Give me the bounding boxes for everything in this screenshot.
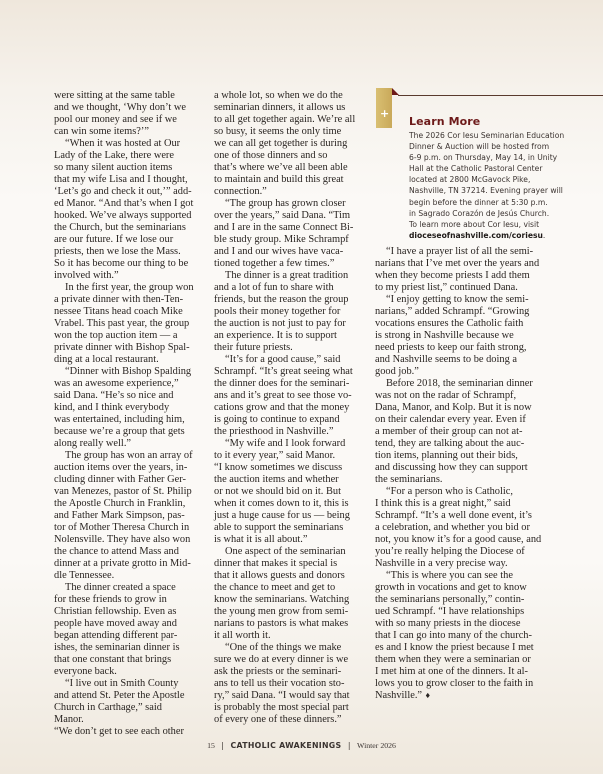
diamond-end-mark-icon: ♦ xyxy=(425,692,431,700)
paragraph: Before 2018, the seminarian dinner was n… xyxy=(375,378,550,486)
page-footer: 15 | CATHOLIC AWAKENINGS | Winter 2026 xyxy=(0,741,603,750)
paragraph: “Dinner with Bishop Spalding was an awes… xyxy=(54,366,194,450)
paragraph: “This is where you can see the growth in… xyxy=(375,570,550,702)
plus-icon: + xyxy=(380,110,388,118)
issue-label: Winter 2026 xyxy=(357,741,396,750)
paragraph: “I have a prayer list of all the semi- n… xyxy=(375,246,550,294)
gold-tab: + xyxy=(376,88,392,128)
paragraph: “The group has grown closer over the yea… xyxy=(214,198,359,270)
learn-more-sidebar: + Learn More The 2026 Cor Iesu Seminaria… xyxy=(376,88,603,228)
corner-accent-icon xyxy=(392,88,399,95)
page-number: 15 xyxy=(207,741,215,750)
separator: | xyxy=(221,741,224,750)
paragraph: “It’s for a good cause,” said Schrampf. … xyxy=(214,354,359,438)
sidebar-body-text: The 2026 Cor Iesu Seminarian Education D… xyxy=(409,131,564,229)
paragraph: “One of the things we make sure we do at… xyxy=(214,642,359,726)
paragraph: The group has won an array of auction it… xyxy=(54,450,194,582)
paragraph: “My wife and I look forward to it every … xyxy=(214,438,359,546)
magazine-page: were sitting at the same table and we th… xyxy=(0,0,603,774)
paragraph: In the first year, the group won a priva… xyxy=(54,282,194,366)
divider xyxy=(398,95,603,96)
sidebar-title: Learn More xyxy=(409,115,480,128)
separator: | xyxy=(348,741,351,750)
paragraph: “For a person who is Catholic, I think t… xyxy=(375,486,550,570)
paragraph: “When it was hosted at Our Lady of the L… xyxy=(54,138,194,282)
paragraph: “I enjoy getting to know the semi- naria… xyxy=(375,294,550,378)
paragraph: were sitting at the same table and we th… xyxy=(54,90,194,138)
article-column-3: “I have a prayer list of all the semi- n… xyxy=(375,246,550,702)
paragraph: a whole lot, so when we do the seminaria… xyxy=(214,90,359,198)
article-column-1: were sitting at the same table and we th… xyxy=(54,90,194,738)
sidebar-body: The 2026 Cor Iesu Seminarian Education D… xyxy=(409,130,603,241)
publication-name: CATHOLIC AWAKENINGS xyxy=(230,741,341,750)
paragraph: “I live out in Smith County and attend S… xyxy=(54,678,194,738)
article-column-2: a whole lot, so when we do the seminaria… xyxy=(214,90,359,726)
link-suffix: . xyxy=(543,231,545,240)
paragraph: The dinner is a great tradition and a lo… xyxy=(214,270,359,354)
paragraph: One aspect of the seminarian dinner that… xyxy=(214,546,359,642)
paragraph-text: “This is where you can see the growth in… xyxy=(375,570,534,701)
coriesu-link[interactable]: dioceseofnashville.com/coriesu xyxy=(409,231,543,240)
paragraph: The dinner created a space for these fri… xyxy=(54,582,194,678)
